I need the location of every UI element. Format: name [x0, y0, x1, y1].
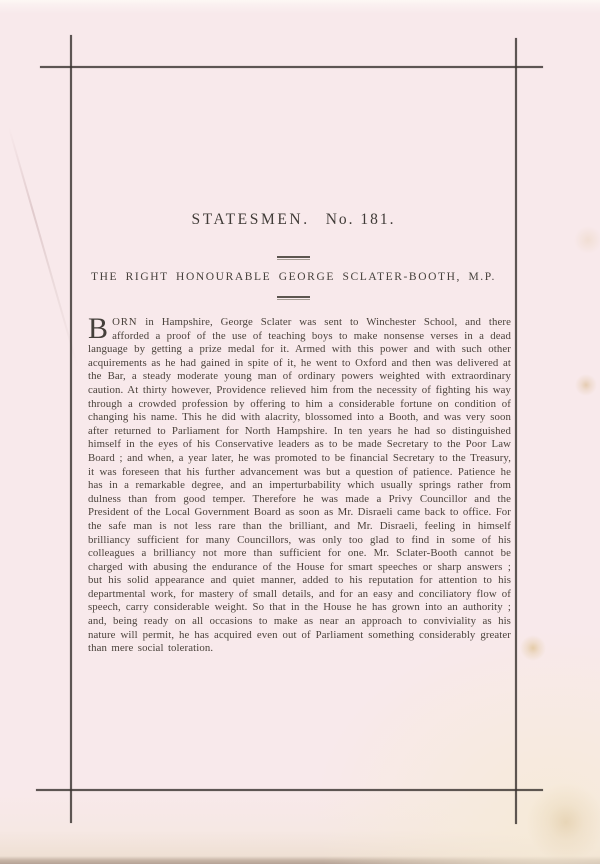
paper-crease [8, 127, 79, 368]
page-content: STATESMEN.No. 181. THE RIGHT HONOURABLE … [72, 0, 515, 656]
subject-title: THE RIGHT HONOURABLE GEORGE SCLATER-BOOT… [72, 271, 515, 283]
series-masthead: STATESMEN.No. 181. [72, 211, 515, 229]
opening-word-remainder: ORN [112, 316, 137, 328]
title-divider-rule [277, 256, 310, 260]
scanned-page: STATESMEN.No. 181. THE RIGHT HONOURABLE … [0, 0, 600, 864]
frame-rule-right [515, 38, 517, 824]
series-number: No. 181. [326, 211, 396, 228]
drop-cap-initial: B [88, 316, 112, 341]
paragraph-text: in Hampshire, George Sclater was sent to… [88, 316, 511, 654]
series-title: STATESMEN. [191, 211, 309, 228]
biography-paragraph: BORN in Hampshire, George Sclater was se… [88, 316, 511, 656]
subtitle-divider-rule [277, 296, 310, 300]
frame-rule-bottom [36, 789, 543, 791]
